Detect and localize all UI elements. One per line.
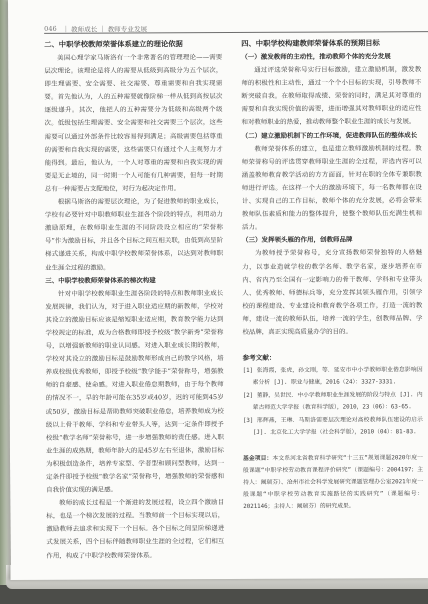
document-page: 046 | 教师成长 | 教师专业发展 二、中职学校教师荣誉体系建立的理论依据 … — [8, 0, 428, 580]
section-3-paragraph-1: 针对中职学校教师职业生涯各阶段的特点和教师职业成长发展规律，我们认为，对于进入职… — [45, 287, 224, 497]
funding-label: 基金项目： — [243, 456, 272, 462]
section-3-title: 三、中职学校教师荣誉体系的梯次构建 — [45, 274, 223, 288]
header-separator: | — [101, 25, 103, 33]
reference-item: [3] 邢辉燕，王琳．马斯洛需要层次理论对高校教师队伍建设的启示 [J]. 北京… — [243, 414, 423, 439]
subsection-3-title: （三）发挥领头雁的作用，创教师品牌 — [242, 234, 422, 248]
reference-item: [1] 张海霞，张虎，孙文刚，等．延安市中小学教师职业倦怠影响因素分析 [J].… — [243, 364, 423, 389]
subsection-2-title: （二）建立激励机制下的工作环境，促进教师队伍的整体成长 — [242, 129, 422, 143]
section-4-title: 四、中职学校构建教师荣誉体系的预期目标 — [241, 36, 421, 51]
section-2-paragraph-2: 根据马斯洛的需要层次理论，为了促进教师的职业成长，学校有必要针对中职教师职业生涯… — [45, 195, 223, 274]
subsection-3-paragraph: 为教师授予荣誉称号，充分宣扬教师荣誉独特的人格魅力，以事业造就学校的教学名师、教… — [242, 247, 422, 339]
subsection-1-title: （一）激发教师的主动性，推动教师个体的充分发展 — [241, 50, 421, 64]
section-2-title: 二、中职学校教师荣誉体系建立的理论依据 — [44, 37, 222, 52]
page-number: 046 — [44, 25, 57, 33]
subsection-1-paragraph: 通过评选荣誉称号实行目标激励，建立激励机制，激发教师的积极性和主动性，通过一个个… — [241, 63, 421, 129]
header-separator: | — [65, 25, 67, 33]
funding-text: 本文系河北省教育科学研究“十三五”规划课题2020年度一般课题“中职学校劳动教育… — [243, 455, 423, 510]
right-column: 四、中职学校构建教师荣誉体系的预期目标 （一）激发教师的主动性，推动教师个体的充… — [241, 36, 423, 513]
subsection-2-paragraph: 教师荣誉体系的建立，也是建立教师激励机制的过程。教师荣誉称号的评选贯穿教师职业生… — [242, 142, 422, 234]
funding-note: 基金项目：本文系河北省教育科学研究“十三五”规划课题2020年度一般课题“中职学… — [243, 452, 423, 513]
references-title: 参考文献： — [243, 350, 423, 365]
reference-item: [2] 董静，吴世民．中小学教师职业生涯发展的阶段与特点 [J]. 内蒙古师范大… — [243, 389, 423, 414]
left-column: 二、中职学校教师荣誉体系建立的理论依据 美国心理学家马斯洛有一个非常著名的管理理… — [44, 37, 224, 562]
section-3-paragraph-2: 教师的成长过程是一个渐进的发展过程，设立四个激励目标，也是一个梯次发展的过程。当… — [46, 496, 224, 562]
section-2-paragraph-1: 美国心理学家马斯洛有一个非常著名的管理理论——需要层次理论。该理论是将人的需要从… — [44, 51, 223, 196]
